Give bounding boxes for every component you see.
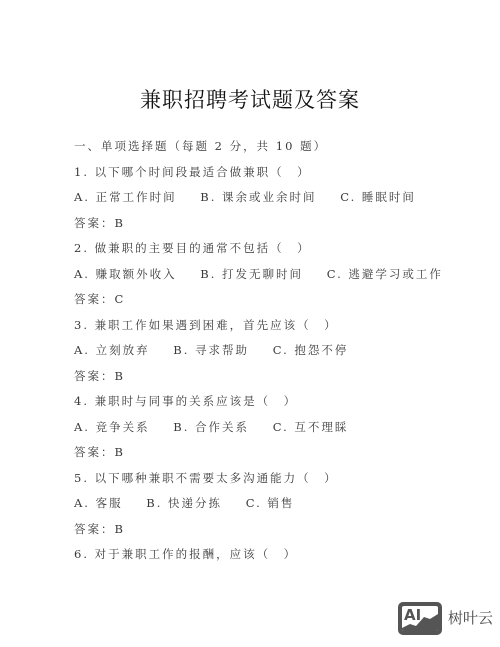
- answer-4: 答案：B: [74, 444, 125, 460]
- option: C. 睡眠时间: [340, 190, 416, 204]
- question-5: 5. 以下哪种兼职不需要太多沟通能力（ ）: [74, 470, 338, 486]
- answer-1: 答案：B: [74, 215, 125, 231]
- option: B. 打发无聊时间: [200, 267, 303, 281]
- option: A. 客服: [74, 496, 123, 510]
- question-4: 4. 兼职时与同事的关系应该是（ ）: [74, 393, 297, 409]
- option: C. 互不理睬: [273, 420, 349, 434]
- option: B. 合作关系: [173, 420, 249, 434]
- question-2: 2. 做兼职的主要目的通常不包括（ ）: [74, 240, 311, 256]
- option: A. 竞争关系: [74, 420, 150, 434]
- answer-3: 答案：B: [74, 368, 125, 384]
- option: A. 立刻放弃: [74, 343, 150, 357]
- options-3: A. 立刻放弃 B. 寻求帮助 C. 抱怨不停: [74, 342, 366, 358]
- options-4: A. 竞争关系 B. 合作关系 C. 互不理睬: [74, 419, 366, 435]
- answer-5: 答案：B: [74, 521, 125, 537]
- option: C. 抱怨不停: [273, 343, 349, 357]
- option: B. 课余或业余时间: [200, 190, 316, 204]
- question-6: 6. 对于兼职工作的报酬，应该（ ）: [74, 546, 297, 562]
- option: C. 逃避学习或工作: [327, 267, 443, 281]
- document-title: 兼职招聘考试题及答案: [0, 84, 500, 114]
- question-1: 1. 以下哪个时间段最适合做兼职（ ）: [74, 164, 311, 180]
- option: B. 快递分拣: [146, 496, 222, 510]
- answer-2: 答案：C: [74, 291, 125, 307]
- section-heading: 一、单项选择题（每题 2 分，共 10 题）: [74, 138, 327, 154]
- brand-name: 树叶云: [448, 607, 493, 628]
- option: A. 正常工作时间: [74, 190, 177, 204]
- options-1: A. 正常工作时间 B. 课余或业余时间 C. 睡眠时间: [74, 189, 434, 205]
- option: C. 销售: [246, 496, 295, 510]
- ai-logo-icon: AI: [398, 602, 442, 635]
- option: A. 赚取额外收入: [74, 267, 177, 281]
- options-2: A. 赚取额外收入 B. 打发无聊时间 C. 逃避学习或工作: [74, 266, 461, 282]
- mountain-icon: [402, 606, 438, 631]
- options-5: A. 客服 B. 快递分拣 C. 销售: [74, 495, 312, 511]
- option: B. 寻求帮助: [173, 343, 249, 357]
- question-3: 3. 兼职工作如果遇到困难，首先应该（ ）: [74, 317, 338, 333]
